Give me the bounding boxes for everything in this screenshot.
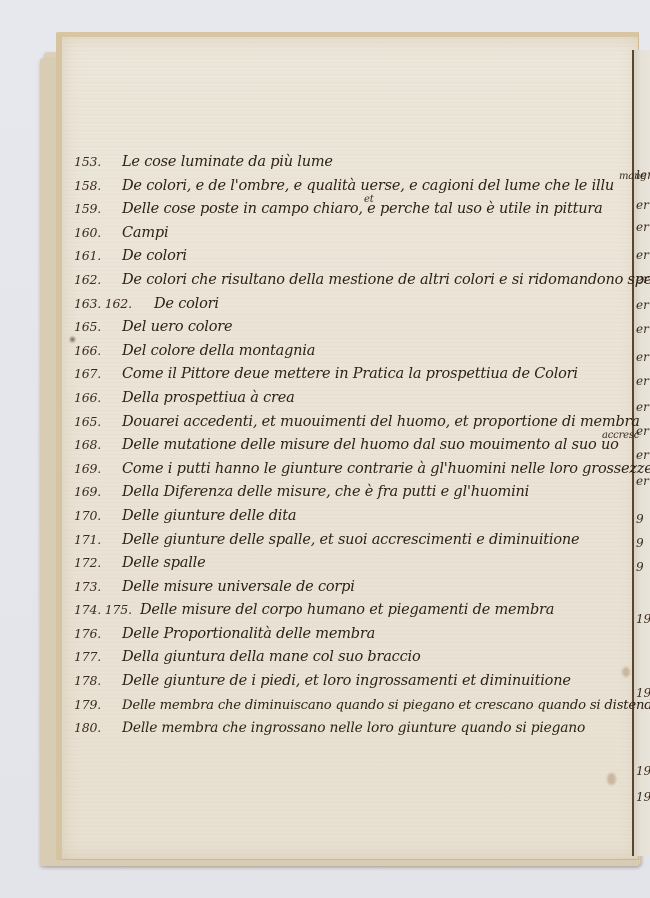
margin-mark: 19 <box>636 612 650 626</box>
toc-entry: 169.Della Diferenza delle misure, che è … <box>74 480 634 504</box>
entry-text: Delle Proportionalità delle membra <box>122 623 375 647</box>
entry-number: 153. <box>74 150 122 174</box>
entry-text: Delle mutatione delle misure del huomo d… <box>122 434 619 458</box>
entry-text: Delle misure del corpo humano et piegame… <box>140 599 554 623</box>
margin-mark: 9 <box>636 560 644 574</box>
entry-number: 169. <box>74 457 122 481</box>
entry-number: 165. <box>74 410 122 434</box>
entry-number: 176. <box>74 622 122 646</box>
toc-entry: 169.Come i putti hanno le giunture contr… <box>74 457 634 481</box>
entry-number: 169. <box>74 480 122 504</box>
entry-text: Delle membra che diminuiscano quando si … <box>122 694 650 718</box>
toc-entry: et 159.Delle cose poste in campo chiaro,… <box>74 197 634 221</box>
entry-number: 170. <box>74 504 122 528</box>
toc-entry: 173.Delle misure universale de corpi <box>74 575 634 599</box>
toc-entry: 177.Della giuntura della mane col suo br… <box>74 645 634 669</box>
entry-number: 159. <box>74 197 122 221</box>
entry-text: Della prospettiua à crea <box>122 387 295 411</box>
margin-mark: er <box>636 248 649 262</box>
margin-mark: er <box>636 198 649 212</box>
entry-text: Delle membra che ingrossano nelle loro g… <box>122 717 585 741</box>
margin-mark: er <box>636 220 649 234</box>
entry-text: Della Diferenza delle misure, che è fra … <box>122 481 529 505</box>
interlinear-note: accresc <box>602 424 639 448</box>
entry-number: 160. <box>74 221 122 245</box>
photo-scene: ler er er er er er er er er er er er er … <box>0 0 650 898</box>
toc-entry: 174. 175.Delle misure del corpo humano e… <box>74 598 634 622</box>
entry-text: Le cose luminate da più lume <box>122 151 333 175</box>
toc-entry: accresc 168.Delle mutatione delle misure… <box>74 433 634 457</box>
entry-text: Del colore della montagnia <box>122 340 315 364</box>
entry-text: Delle giunture de i piedi, et loro ingro… <box>122 670 571 694</box>
interlinear-note: mang <box>619 165 647 189</box>
toc-entry: 167.Come il Pittore deue mettere in Prat… <box>74 362 634 386</box>
toc-entry: mang 158.De colori, e de l'ombre, e qual… <box>74 174 634 198</box>
margin-mark: er <box>636 350 649 364</box>
margin-mark: 9 <box>636 536 644 550</box>
margin-mark: er <box>636 298 649 312</box>
entry-number: 167. <box>74 362 122 386</box>
toc-entry: 176.Delle Proportionalità delle membra <box>74 622 634 646</box>
entry-number: 161. <box>74 244 122 268</box>
toc-entry: 172.Delle spalle <box>74 551 634 575</box>
entry-text: Come i putti hanno le giunture contrarie… <box>122 458 650 482</box>
toc-entry: 153.Le cose luminate da più lume <box>74 150 634 174</box>
entry-text: De colori che risultano della mestione d… <box>122 269 650 293</box>
entry-number: 162. <box>74 268 122 292</box>
entry-number: 180. <box>74 716 122 740</box>
entry-text: De colori <box>122 245 187 269</box>
entry-number: 166. <box>74 339 122 363</box>
entry-text: Delle giunture delle spalle, et suoi acc… <box>122 529 579 553</box>
entry-text: Douarei accedenti, et muouimenti del huo… <box>122 411 640 435</box>
toc-entry: 165.Del uero colore <box>74 315 634 339</box>
entry-text: Delle spalle <box>122 552 206 576</box>
entry-text: Come il Pittore deue mettere in Pratica … <box>122 363 578 387</box>
entry-number: 171. <box>74 528 122 552</box>
entry-text: Delle misure universale de corpi <box>122 576 355 600</box>
toc-entry: 180.Delle membra che ingrossano nelle lo… <box>74 716 634 740</box>
entry-number: 166. <box>74 386 122 410</box>
table-of-contents: 153.Le cose luminate da più lume mang 15… <box>74 150 634 740</box>
margin-mark: 19 <box>636 790 650 804</box>
entry-text: Delle cose poste in campo chiaro, e perc… <box>122 198 603 222</box>
margin-mark: 9 <box>636 512 644 526</box>
margin-mark: 19 <box>636 764 650 778</box>
entry-number: 172. <box>74 551 122 575</box>
toc-entry: 162.De colori che risultano della mestio… <box>74 268 634 292</box>
toc-entry: 163. 162.De colori <box>74 292 634 316</box>
entry-text: De colori <box>154 293 219 317</box>
entry-number: 178. <box>74 669 122 693</box>
entry-text: Campi <box>122 222 168 246</box>
toc-entry: 171.Delle giunture delle spalle, et suoi… <box>74 528 634 552</box>
entry-number: 179. <box>74 693 122 717</box>
entry-number: 168. <box>74 433 122 457</box>
entry-number: 173. <box>74 575 122 599</box>
ink-stain <box>607 773 616 785</box>
toc-entry: 160.Campi <box>74 221 634 245</box>
entry-number: 177. <box>74 645 122 669</box>
entry-number: 174. 175. <box>74 598 140 622</box>
toc-entry: 161.De colori <box>74 244 634 268</box>
toc-entry: 166.Della prospettiua à crea <box>74 386 634 410</box>
entry-text: Della giuntura della mane col suo bracci… <box>122 646 420 670</box>
entry-number: 165. <box>74 315 122 339</box>
toc-entry: 170.Delle giunture delle dita <box>74 504 634 528</box>
margin-mark: er <box>636 322 649 336</box>
entry-number: 158. <box>74 174 122 198</box>
toc-entry: 165.Douarei accedenti, et muouimenti del… <box>74 410 634 434</box>
entry-number: 163. 162. <box>74 292 154 316</box>
toc-entry: 166.Del colore della montagnia <box>74 339 634 363</box>
margin-mark: er <box>636 374 649 388</box>
entry-text: Delle giunture delle dita <box>122 505 296 529</box>
toc-entry: 178.Delle giunture de i piedi, et loro i… <box>74 669 634 693</box>
toc-entry: 179.Delle membra che diminuiscano quando… <box>74 693 634 717</box>
interlinear-note: et <box>364 188 374 212</box>
entry-text: Del uero colore <box>122 316 232 340</box>
